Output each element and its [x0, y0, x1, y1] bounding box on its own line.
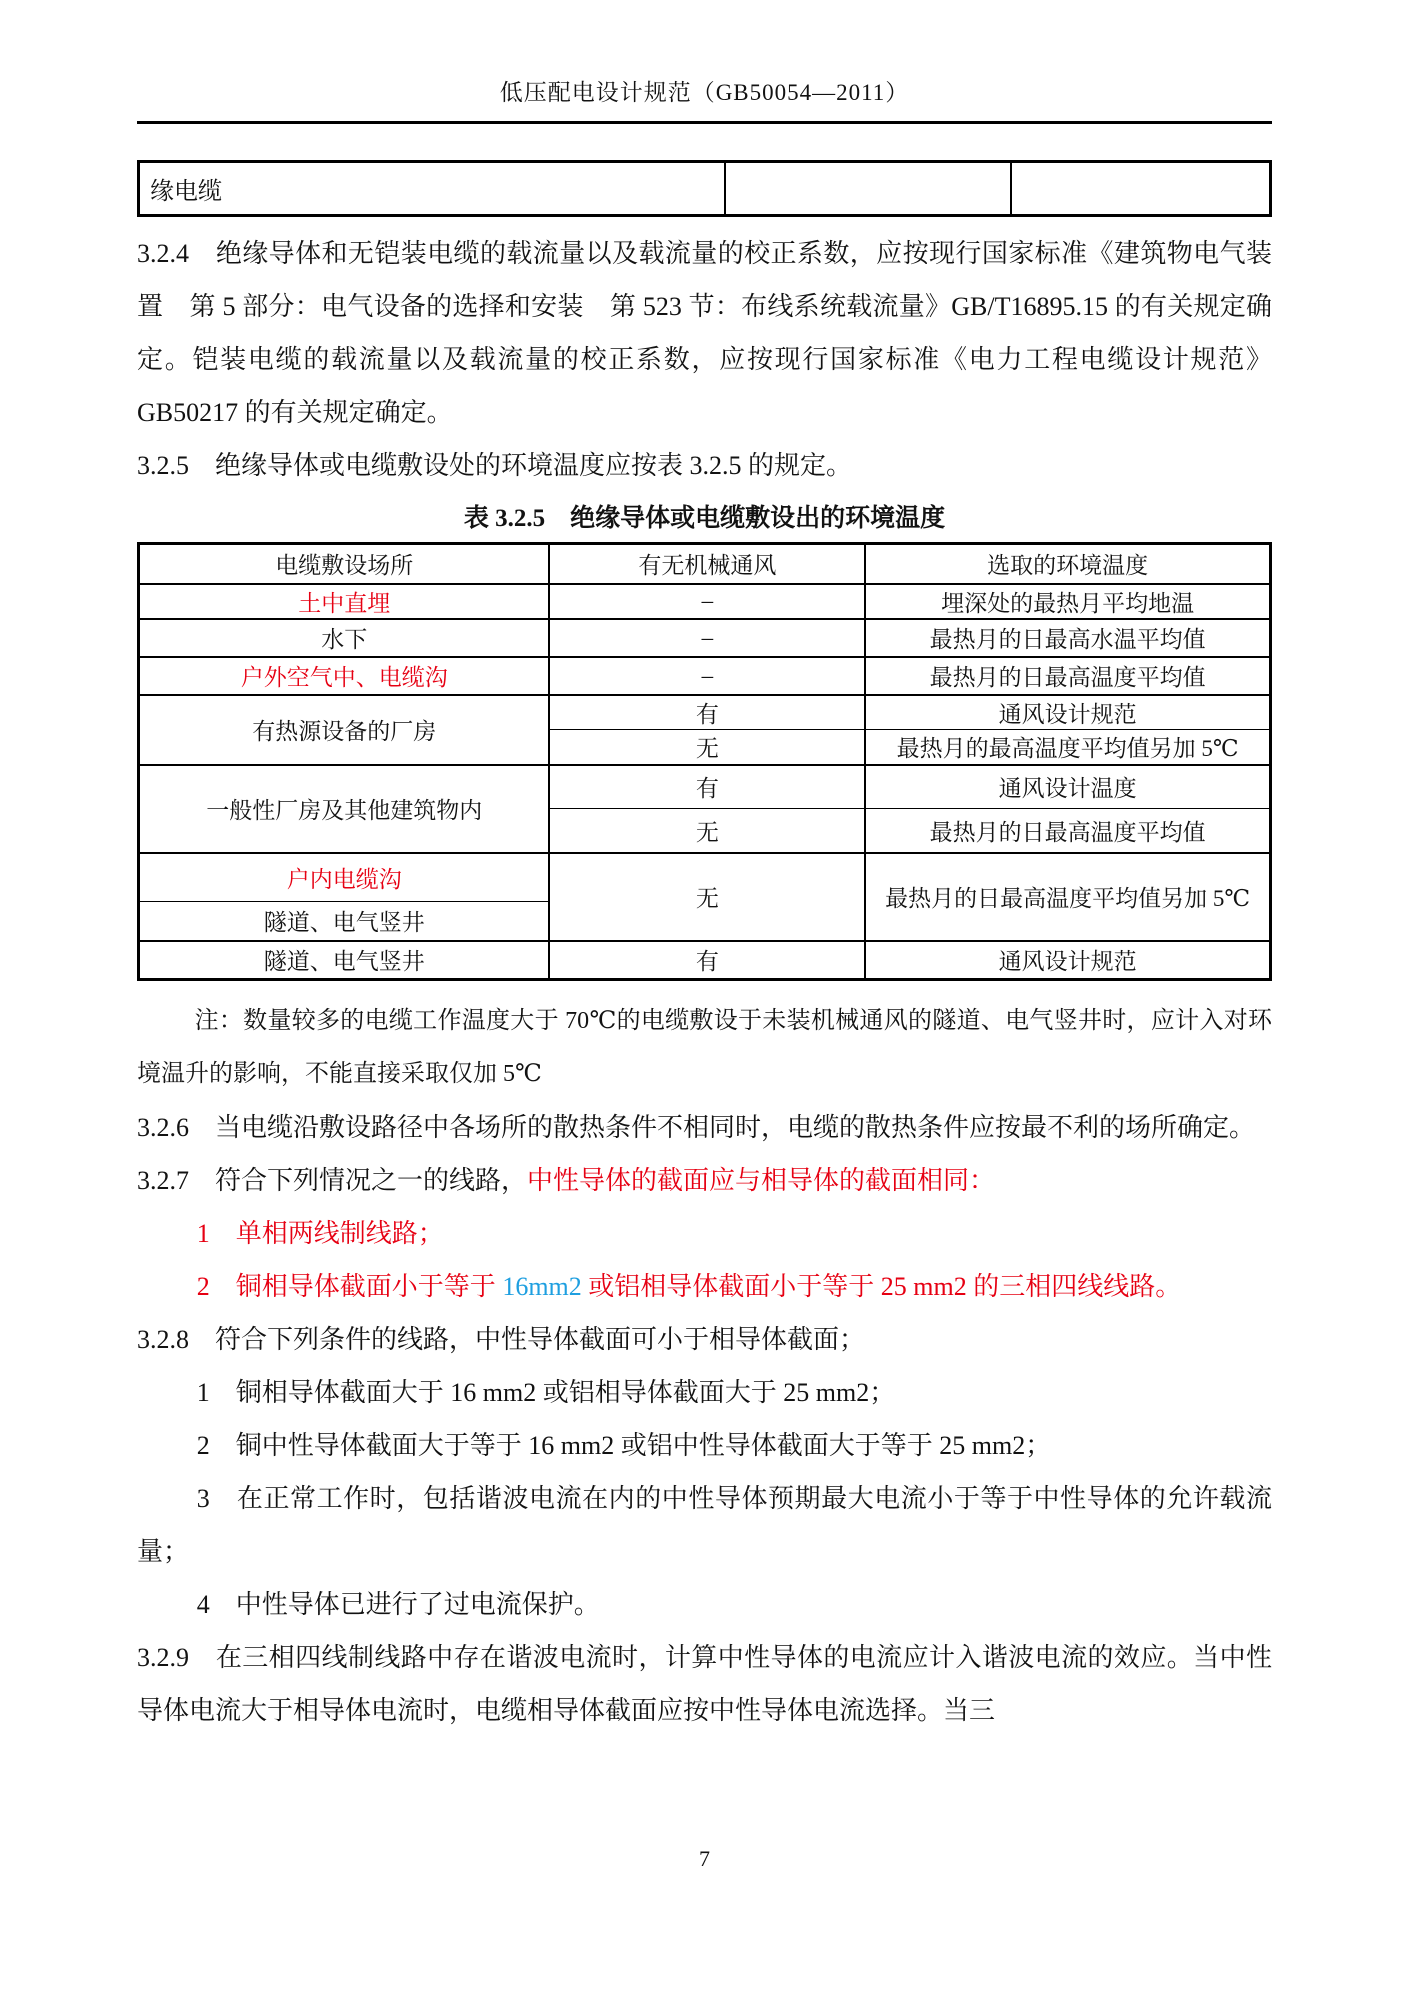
cell-place: 隧道、电气竖井 — [139, 902, 550, 941]
document-header-title: 低压配电设计规范（GB50054—2011） — [137, 0, 1272, 107]
cell-temp: 最热月的日最高水温平均值 — [865, 619, 1270, 657]
paragraph-3-2-5: 3.2.5 绝缘导体或电缆敷设处的环境温度应按表 3.2.5 的规定。 — [137, 439, 1272, 492]
paragraph-3-2-9: 3.2.9 在三相四线制线路中存在谐波电流时，计算中性导体的电流应计入谐波电流的… — [137, 1631, 1272, 1737]
fragment-cell-mid — [724, 163, 1011, 214]
cell-vent: 无 — [549, 730, 865, 765]
paragraph-3-2-7-lead: 3.2.7 符合下列情况之一的线路， — [137, 1166, 527, 1195]
table-header-row: 电缆敷设场所 有无机械通风 选取的环境温度 — [139, 544, 1271, 584]
cell-vent: – — [549, 619, 865, 657]
paragraph-3-2-7: 3.2.7 符合下列情况之一的线路，中性导体的截面应与相导体的截面相同： — [137, 1154, 1272, 1207]
page-number: 7 — [137, 1846, 1272, 1872]
cell-vent: 有 — [549, 695, 865, 730]
cell-temp: 最热月的日最高温度平均值 — [865, 657, 1270, 695]
table-row: 户内电缆沟 无 最热月的日最高温度平均值另加 5℃ — [139, 853, 1271, 902]
cell-place: 户外空气中、电缆沟 — [139, 657, 550, 695]
cell-place: 一般性厂房及其他建筑物内 — [139, 765, 550, 853]
cell-temp: 最热月的日最高温度平均值 — [865, 809, 1270, 853]
cell-temp: 通风设计规范 — [865, 941, 1270, 980]
document-page: 低压配电设计规范（GB50054—2011） 缘电缆 3.2.4 绝缘导体和无铠… — [0, 0, 1414, 2000]
item-3-2-8-3: 3 在正常工作时，包括谐波电流在内的中性导体预期最大电流小于等于中性导体的允许载… — [137, 1472, 1272, 1578]
item-3-2-7-2-part1: 2 铜相导体截面小于等于 — [197, 1272, 503, 1301]
fragment-cell-right — [1010, 163, 1269, 214]
cell-temp: 通风设计规范 — [865, 695, 1270, 730]
table-row: 一般性厂房及其他建筑物内 有 通风设计温度 — [139, 765, 1271, 809]
paragraph-3-2-4: 3.2.4 绝缘导体和无铠装电缆的载流量以及载流量的校正系数，应按现行国家标准《… — [137, 227, 1272, 439]
cell-vent: – — [549, 584, 865, 619]
table-row: 土中直埋 – 埋深处的最热月平均地温 — [139, 584, 1271, 619]
item-3-2-7-1: 1 单相两线制线路； — [137, 1207, 1272, 1260]
cell-vent: 有 — [549, 765, 865, 809]
cell-vent: 无 — [549, 809, 865, 853]
paragraph-3-2-8: 3.2.8 符合下列条件的线路，中性导体截面可小于相导体截面； — [137, 1313, 1272, 1366]
table-fragment: 缘电缆 — [137, 160, 1272, 217]
paragraph-3-2-6: 3.2.6 当电缆沿敷设路径中各场所的散热条件不相同时，电缆的散热条件应按最不利… — [137, 1101, 1272, 1154]
cell-temp: 最热月的日最高温度平均值另加 5℃ — [865, 853, 1270, 941]
table-row: 有热源设备的厂房 有 通风设计规范 — [139, 695, 1271, 730]
page-content: 低压配电设计规范（GB50054—2011） 缘电缆 3.2.4 绝缘导体和无铠… — [137, 0, 1272, 1737]
table-row: 户外空气中、电缆沟 – 最热月的日最高温度平均值 — [139, 657, 1271, 695]
table-3-2-5-title: 表 3.2.5 绝缘导体或电缆敷设出的环境温度 — [137, 498, 1272, 540]
item-3-2-8-2: 2 铜中性导体截面大于等于 16 mm2 或铝中性导体截面大于等于 25 mm2… — [137, 1419, 1272, 1472]
table-row: 水下 – 最热月的日最高水温平均值 — [139, 619, 1271, 657]
item-3-2-7-2: 2 铜相导体截面小于等于 16mm2 或铝相导体截面小于等于 25 mm2 的三… — [137, 1260, 1272, 1313]
table-note: 注：数量较多的电缆工作温度大于 70℃的电缆敷设于未装机械通风的隧道、电气竖井时… — [137, 995, 1272, 1101]
cell-place: 有热源设备的厂房 — [139, 695, 550, 765]
header-rule — [137, 121, 1272, 124]
header-cell-temp: 选取的环境温度 — [865, 544, 1270, 584]
item-3-2-7-2-part2: 或铝相导体截面小于等于 25 mm2 的三相四线线路。 — [582, 1272, 1181, 1301]
header-cell-place: 电缆敷设场所 — [139, 544, 550, 584]
table-row: 隧道、电气竖井 有 通风设计规范 — [139, 941, 1271, 980]
cell-temp: 埋深处的最热月平均地温 — [865, 584, 1270, 619]
cell-vent: 有 — [549, 941, 865, 980]
paragraph-3-2-7-highlight: 中性导体的截面应与相导体的截面相同： — [527, 1166, 995, 1195]
cell-place: 土中直埋 — [139, 584, 550, 619]
cell-temp: 通风设计温度 — [865, 765, 1270, 809]
item-3-2-7-2-blue-value: 16mm2 — [502, 1272, 581, 1301]
cell-place: 隧道、电气竖井 — [139, 941, 550, 980]
cell-vent: – — [549, 657, 865, 695]
table-3-2-5: 电缆敷设场所 有无机械通风 选取的环境温度 土中直埋 – 埋深处的最热月平均地温… — [137, 542, 1272, 981]
fragment-cell-place: 缘电缆 — [140, 163, 724, 214]
cell-place: 户内电缆沟 — [139, 853, 550, 902]
cell-temp: 最热月的最高温度平均值另加 5℃ — [865, 730, 1270, 765]
cell-place: 水下 — [139, 619, 550, 657]
cell-vent: 无 — [549, 853, 865, 941]
item-3-2-8-1: 1 铜相导体截面大于 16 mm2 或铝相导体截面大于 25 mm2； — [137, 1366, 1272, 1419]
item-3-2-8-4: 4 中性导体已进行了过电流保护。 — [137, 1578, 1272, 1631]
header-cell-vent: 有无机械通风 — [549, 544, 865, 584]
